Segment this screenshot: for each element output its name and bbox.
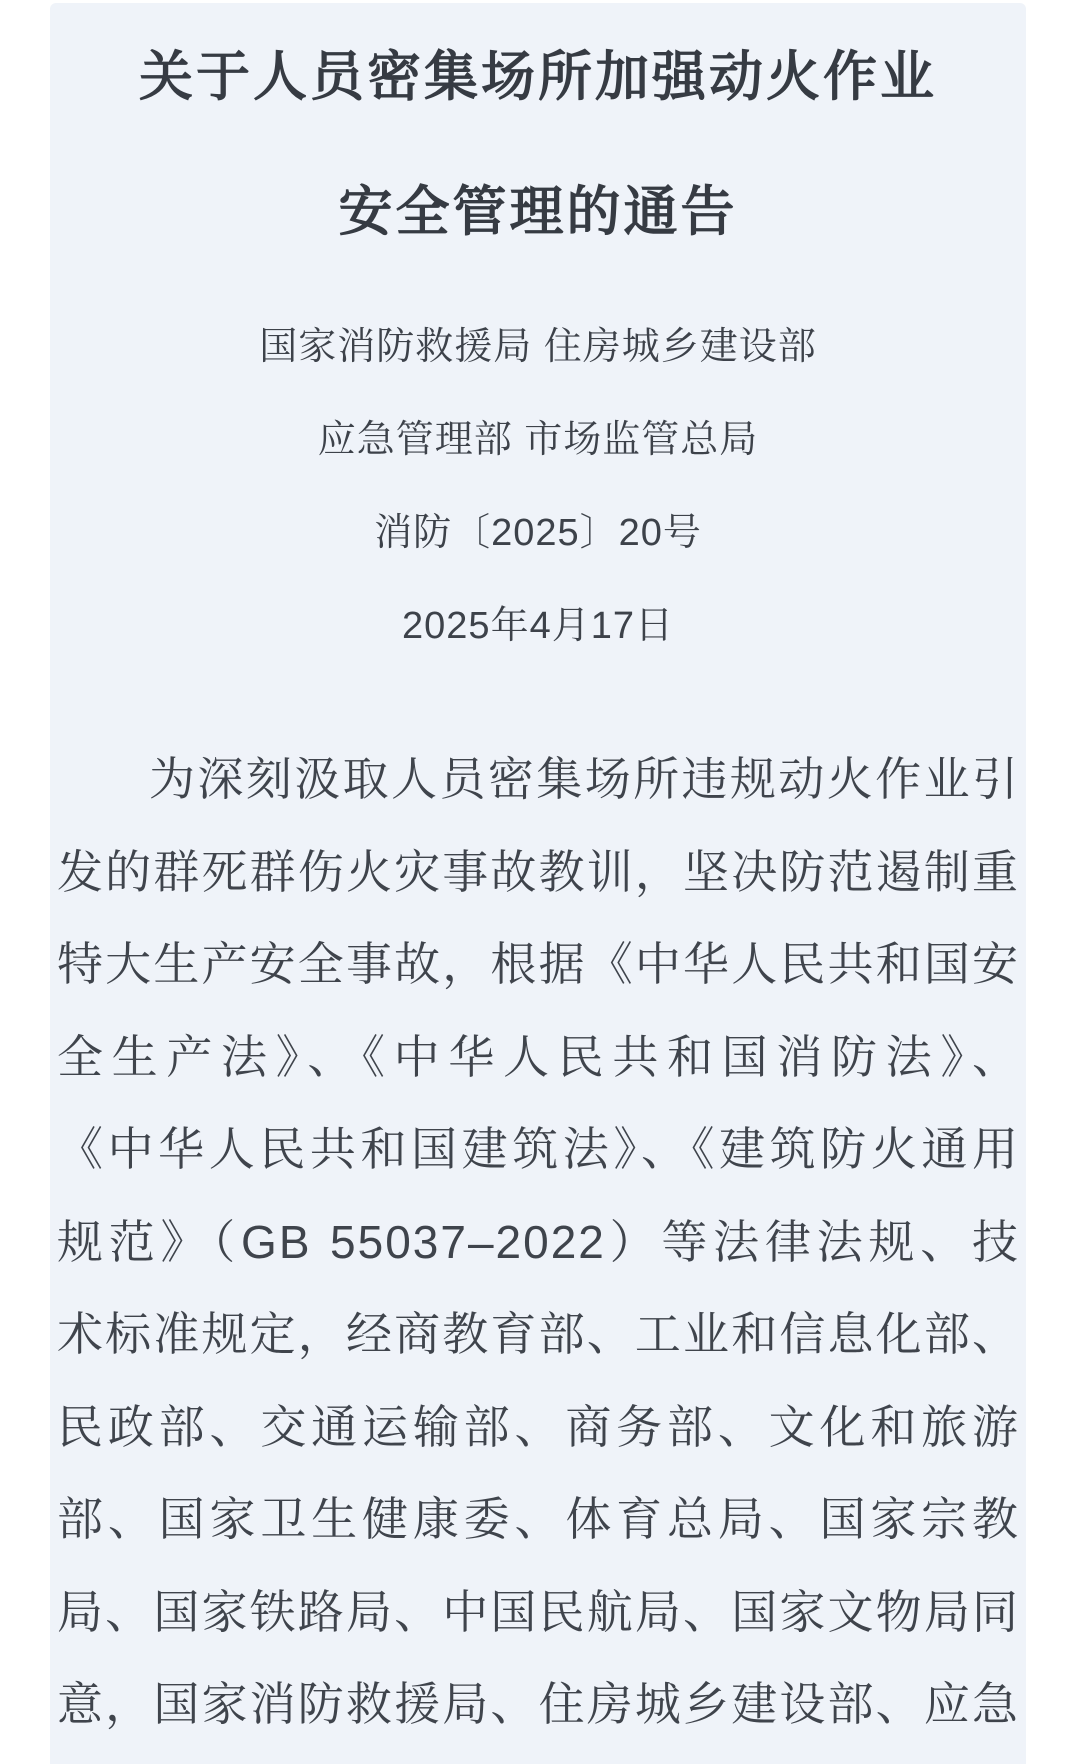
body-line: 规范》（GB 55037–2022）等法律法规、技 xyxy=(57,1196,1020,1289)
body-line: 《中华人民共和国建筑法》、《建筑防火通用 xyxy=(57,1103,1020,1196)
body-line: 术标准规定，经商教育部、工业和信息化部、 xyxy=(57,1288,1020,1381)
document-date: 2025年4月17日 xyxy=(50,580,1026,673)
notice-title-line-1: 关于人员密集场所加强动火作业 xyxy=(50,10,1026,145)
body-line: 为深刻汲取人员密集场所违规动火作业引 xyxy=(57,733,1020,826)
notice-panel: 关于人员密集场所加强动火作业 安全管理的通告 国家消防救援局 住房城乡建设部 应… xyxy=(50,3,1026,1764)
body-line: 意，国家消防救援局、住房城乡建设部、应急 xyxy=(57,1658,1020,1751)
page: 关于人员密集场所加强动火作业 安全管理的通告 国家消防救援局 住房城乡建设部 应… xyxy=(0,0,1080,1764)
document-number: 消防〔2025〕20号 xyxy=(50,487,1026,580)
issuing-agencies-line-1: 国家消防救援局 住房城乡建设部 xyxy=(50,301,1026,394)
notice-meta: 国家消防救援局 住房城乡建设部 应急管理部 市场监管总局 消防〔2025〕20号… xyxy=(50,301,1026,673)
body-line: 民政部、交通运输部、商务部、文化和旅游 xyxy=(57,1381,1020,1474)
body-line: 部、国家卫生健康委、体育总局、国家宗教 xyxy=(57,1473,1020,1566)
issuing-agencies-line-2: 应急管理部 市场监管总局 xyxy=(50,394,1026,487)
body-line: 发的群死群伤火灾事故教训，坚决防范遏制重 xyxy=(57,826,1020,919)
body-line: 全生产法》、《中华人民共和国消防法》、 xyxy=(57,1011,1020,1104)
notice-title: 关于人员密集场所加强动火作业 安全管理的通告 xyxy=(50,3,1026,280)
notice-title-line-2: 安全管理的通告 xyxy=(50,145,1026,280)
body-line: 特大生产安全事故，根据《中华人民共和国安 xyxy=(57,918,1020,1011)
notice-body: 为深刻汲取人员密集场所违规动火作业引 发的群死群伤火灾事故教训，坚决防范遏制重 … xyxy=(50,733,1026,1751)
body-line: 局、国家铁路局、中国民航局、国家文物局同 xyxy=(57,1566,1020,1659)
